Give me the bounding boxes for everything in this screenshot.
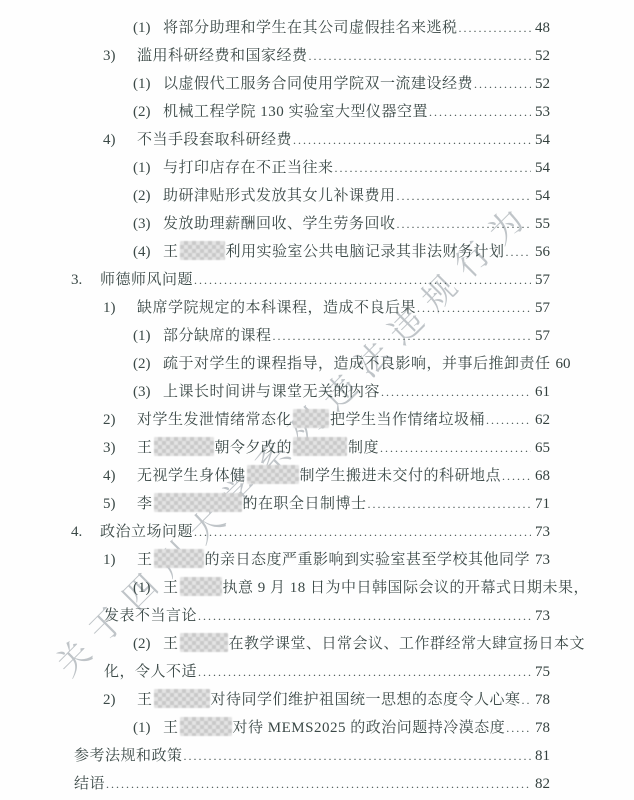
entry-title: 部分缺席的课程 [163,322,272,350]
toc-entry: 3)滥用科研经费和国家经费52 [103,42,550,70]
toc-entry: 4.政治立场问题73 [71,518,550,546]
entry-number: 1) [103,546,137,574]
entry-title: 对学生发泄情绪常态化把学生当作情绪垃圾桶 [137,406,485,434]
entry-number: (2) [133,182,163,210]
toc-entry: 1)缺席学院规定的本科课程，造成不良后果57 [103,294,550,322]
redacted-name-patch [247,465,299,484]
redacted-name-patch [293,437,347,456]
entry-title: 参考法规和政策 [74,742,183,770]
page-number: 65 [532,434,550,462]
entry-number: 3. [71,266,100,294]
dot-leader [309,42,531,70]
entry-title: 王在教学课堂、日常会议、工作群经常大肆宣扬日本文 [163,630,585,658]
entry-number: 3) [103,42,137,70]
page-number: 71 [532,490,550,518]
entry-title: 王对待同学们维护祖国统一思想的态度令人心寒 [137,686,521,714]
toc-entry: (2)助研津贴形式发放其女儿补课费用54 [133,182,550,210]
toc-entry: 5)李的在职全日制博士71 [103,490,550,518]
entry-number: (2) [133,350,163,378]
toc-entry: (1)以虚假代工服务合同使用学院双一流建设经费52 [133,70,550,98]
dot-leader [198,658,531,686]
dot-leader [184,742,531,770]
toc-entry: 1)王的亲日态度严重影响到实验室甚至学校其他同学73 [103,546,550,574]
dot-leader [522,686,531,714]
dot-leader [502,462,531,490]
entry-number: 4. [71,518,100,546]
page-number: 53 [532,98,550,126]
entry-title: 王的亲日态度严重影响到实验室甚至学校其他同学 [137,546,530,574]
dot-leader [459,14,531,42]
entry-title: 机械工程学院 130 实验室大型仪器空置 [163,98,428,126]
page-number: 61 [532,378,550,406]
page-number: 54 [532,126,550,154]
entry-title: 以虚假代工服务合同使用学院双一流建设经费 [163,70,473,98]
entry-title: 政治立场问题 [100,518,193,546]
toc-entry: (1)将部分助理和学生在其公司虚假挂名来逃税48 [133,14,550,42]
page-number: 57 [532,266,550,294]
entry-title: 李的在职全日制博士 [137,490,367,518]
page-number: 75 [532,658,550,686]
page-number: 78 [532,686,550,714]
redacted-name-patch [180,633,228,652]
toc-entry: 2)王对待同学们维护祖国统一思想的态度令人心寒78 [103,686,550,714]
page-number: 52 [532,70,550,98]
toc-entry: 化，令人不适75 [104,658,550,686]
dot-leader [194,266,531,294]
toc-entry: (1)部分缺席的课程57 [133,322,550,350]
page-number: 60 [553,350,571,378]
toc-entry: 结语82 [74,770,550,798]
toc-entry: 4)不当手段套取科研经费54 [103,126,550,154]
toc-entry: (1)王对待 MEMS2025 的政治问题持冷漠态度78 [133,714,550,742]
dot-leader [194,518,531,546]
dot-leader [506,714,531,742]
entry-title: 化，令人不适 [104,658,197,686]
page-number: 48 [532,14,550,42]
page-number: 55 [532,210,550,238]
entry-title: 上课长时间讲与课堂无关的内容 [163,378,380,406]
toc-entry: 参考法规和政策81 [74,742,550,770]
entry-title: 发表不当言论 [104,602,197,630]
entry-number: (2) [133,630,163,658]
page-number: 81 [532,742,550,770]
toc-entry: (4)王利用实验室公共电脑记录其非法财务计划56 [133,238,550,266]
entry-number: 3) [103,434,137,462]
toc-entry: 2)对学生发泄情绪常态化把学生当作情绪垃圾桶62 [103,406,550,434]
entry-number: (4) [133,238,163,266]
page-number: 82 [532,770,550,798]
dot-leader [368,490,531,518]
toc-entry: 发表不当言论73 [104,602,550,630]
entry-number: (1) [133,322,163,350]
toc-entry: 3)王朝令夕改的制度65 [103,434,550,462]
entry-title: 疏于对学生的课程指导，造成不良影响，并事后推卸责任 [163,350,551,378]
entry-number: (1) [133,574,163,602]
scanned-document-page: 关于四川大学系列违法违规行为 (1)将部分助理和学生在其公司虚假挂名来逃税483… [0,0,634,800]
page-number: 78 [532,714,550,742]
entry-title: 师德师风问题 [100,266,193,294]
page-number: 57 [532,294,550,322]
page-number: 73 [532,602,550,630]
redacted-name-patch [154,689,210,708]
entry-title: 缺席学院规定的本科课程，造成不良后果 [137,294,416,322]
toc-entry: 3.师德师风问题57 [71,266,550,294]
dot-leader [417,294,531,322]
page-number: 68 [532,462,550,490]
dot-leader [429,98,531,126]
page-number: 62 [532,406,550,434]
entry-title: 不当手段套取科研经费 [137,126,292,154]
entry-title: 将部分助理和学生在其公司虚假挂名来逃税 [163,14,458,42]
entry-title: 王对待 MEMS2025 的政治问题持冷漠态度 [163,714,505,742]
entry-title: 助研津贴形式发放其女儿补课费用 [163,182,396,210]
page-number: 52 [532,42,550,70]
page-number: 56 [532,238,550,266]
redacted-name-patch [180,241,225,260]
entry-number: 4) [103,126,137,154]
dot-leader [106,770,531,798]
entry-number: (1) [133,154,163,182]
toc-entry: (3)上课长时间讲与课堂无关的内容61 [133,378,550,406]
entry-title: 王朝令夕改的制度 [137,434,379,462]
entry-number: 1) [103,294,137,322]
entry-number: (3) [133,210,163,238]
entry-title: 无视学生身体健制学生搬进未交付的科研地点 [137,462,501,490]
entry-number: (2) [133,98,163,126]
page-number: 73 [532,518,550,546]
entry-number: 4) [103,462,137,490]
redacted-name-patch [154,493,242,512]
entry-title: 发放助理薪酬回收、学生劳务回收 [163,210,396,238]
toc-entry: (1)王执意 9 月 18 日为中日韩国际会议的开幕式日期未果， [133,574,550,602]
dot-leader [397,182,531,210]
toc-entry: (2)王在教学课堂、日常会议、工作群经常大肆宣扬日本文 [133,630,550,658]
redacted-name-patch [180,577,222,596]
entry-title: 王执意 9 月 18 日为中日韩国际会议的开幕式日期未果， [163,574,589,602]
toc-entry: 4)无视学生身体健制学生搬进未交付的科研地点68 [103,462,550,490]
entry-number: (1) [133,714,163,742]
toc-entry: (2)机械工程学院 130 实验室大型仪器空置53 [133,98,550,126]
toc-entry: (3)发放助理薪酬回收、学生劳务回收55 [133,210,550,238]
entry-title: 与打印店存在不正当往来 [163,154,334,182]
toc-entry: (1)与打印店存在不正当往来54 [133,154,550,182]
dot-leader [335,154,531,182]
redacted-name-patch [180,717,232,736]
dot-leader [474,70,531,98]
redacted-name-patch [154,549,204,568]
dot-leader [381,378,531,406]
redacted-name-patch [154,437,214,456]
dot-leader [273,322,531,350]
entry-title: 王利用实验室公共电脑记录其非法财务计划 [163,238,505,266]
toc-entry: (2)疏于对学生的课程指导，造成不良影响，并事后推卸责任60 [133,350,550,378]
entry-number: (1) [133,70,163,98]
page-number: 54 [532,182,550,210]
dot-leader [380,434,531,462]
entry-number: (3) [133,378,163,406]
entry-title: 结语 [74,770,105,798]
page-number: 57 [532,322,550,350]
entry-number: 5) [103,490,137,518]
entry-number: 2) [103,406,137,434]
redacted-name-patch [293,409,329,428]
entry-number: (1) [133,14,163,42]
page-number: 73 [532,546,550,574]
page-number: 54 [532,154,550,182]
dot-leader [397,210,531,238]
toc-list: (1)将部分助理和学生在其公司虚假挂名来逃税483)滥用科研经费和国家经费52(… [0,0,634,798]
dot-leader [198,602,531,630]
dot-leader [506,238,531,266]
entry-title: 滥用科研经费和国家经费 [137,42,308,70]
entry-number: 2) [103,686,137,714]
dot-leader [293,126,531,154]
dot-leader [486,406,531,434]
